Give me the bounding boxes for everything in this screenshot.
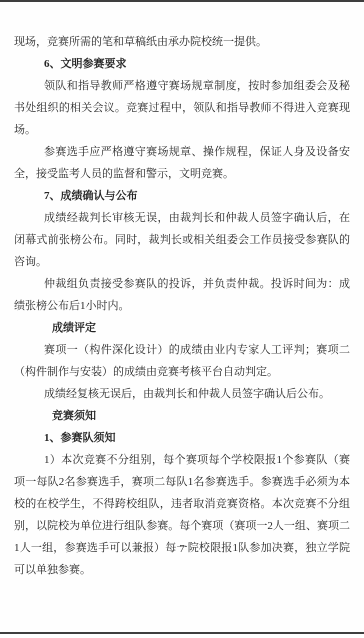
paragraph: 1）本次竞赛不分组别，每个赛项每个学校限报1个参赛队（赛项一每队2名参赛选手，赛… [14,449,350,581]
paragraph: 领队和指导教师严格遵守赛场规章制度，按时参加组委会及秘书处组织的相关会议。竞赛过… [14,75,350,141]
page-body: 现场，竞赛所需的笔和草稿纸由承办院校统一提供。 6、文明参赛要求 领队和指导教师… [14,31,350,581]
section-heading: 7、成绩确认与公布 [14,185,350,207]
paragraph: 参赛选手应严格遵守赛场规章、操作规程，保证人身及设备安全，接受监考人员的监督和警… [14,141,350,185]
section-heading: 竞赛须知 [14,405,350,427]
paragraph: 成绩经复核无误后，由裁判长和仲裁人员签字确认后公布。 [14,383,350,405]
page-top-edge [0,0,364,2]
subsection-heading: 1、参赛队须知 [14,427,350,449]
section-heading: 成绩评定 [14,317,350,339]
section-heading: 6、文明参赛要求 [14,53,350,75]
page-bottom-edge [0,632,364,634]
document-page: 现场，竞赛所需的笔和草稿纸由承办院校统一提供。 6、文明参赛要求 领队和指导教师… [0,0,364,638]
paragraph: 现场，竞赛所需的笔和草稿纸由承办院校统一提供。 [14,31,350,53]
paragraph: 仲裁组负责接受参赛队的投诉，并负责仲裁。投诉时间为：成绩张榜公布后1小时内。 [14,273,350,317]
paragraph: 赛项一（构件深化设计）的成绩由业内专家人工评判；赛项二（构件制作与安装）的成绩由… [14,339,350,383]
page-number: 7 [0,541,364,557]
paragraph: 成绩经裁判长审核无误，由裁判长和仲裁人员签字确认后，在闭幕式前张榜公布。同时，裁… [14,207,350,273]
